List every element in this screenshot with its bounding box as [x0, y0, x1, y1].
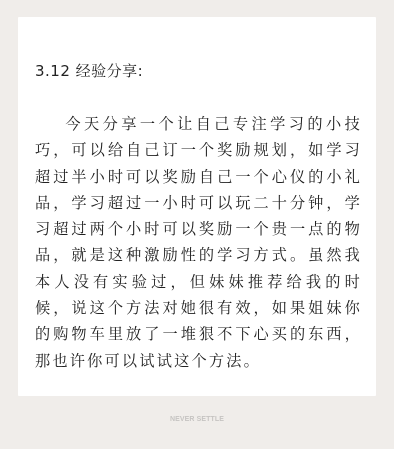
note-paragraph: 今天分享一个让自己专注学习的小技巧，可以给自己订一个奖励规划，如学习超过半小时可… — [35, 111, 362, 374]
footer-tagline: NEVER SETTLE — [0, 416, 394, 423]
note-card: 3.12 经验分享: 今天分享一个让自己专注学习的小技巧，可以给自己订一个奖励规… — [18, 17, 376, 396]
note-heading: 3.12 经验分享: — [35, 61, 143, 81]
